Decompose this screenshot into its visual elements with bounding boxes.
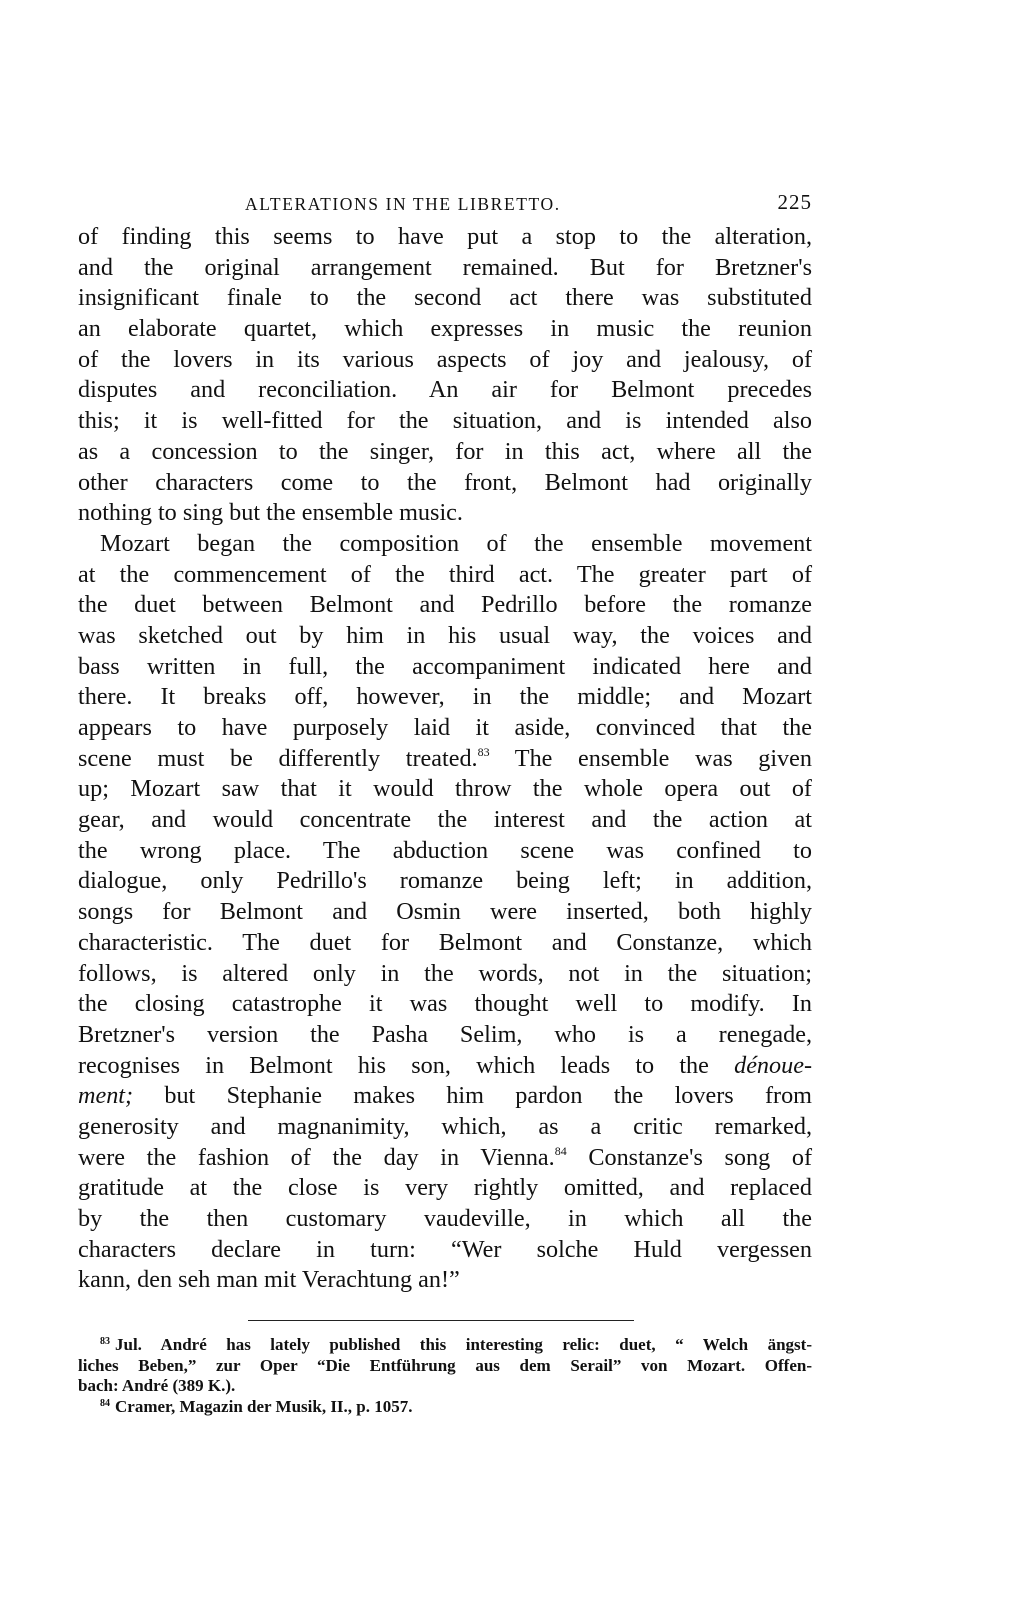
text-line: other characters come to the front, Belm… xyxy=(78,468,812,499)
text-line: the wrong place. The abduction scene was… xyxy=(78,836,812,867)
footnote-marker: 83 xyxy=(100,1336,110,1347)
text-line-with-italic: recognises in Belmont his son, which lea… xyxy=(78,1051,812,1082)
text-line: gear, and would concentrate the interest… xyxy=(78,805,812,836)
text-segment: Constanze's song of xyxy=(567,1144,812,1171)
text-line: by the then customary vaudeville, in whi… xyxy=(78,1204,812,1235)
body-text: of finding this seems to have put a stop… xyxy=(78,222,812,1296)
text-segment: The ensemble was given xyxy=(515,745,812,772)
footnote-divider xyxy=(248,1320,634,1321)
italic-term: dénoue- xyxy=(734,1052,812,1079)
running-head: ALTERATIONS IN THE LIBRETTO. 225 xyxy=(78,188,812,222)
text-line: up; Mozart saw that it would throw the w… xyxy=(78,774,812,805)
footnote-text: Cramer, Magazin der Musik, II., p. 1057. xyxy=(115,1397,413,1416)
footnote-84: 84Cramer, Magazin der Musik, II., p. 105… xyxy=(78,1397,812,1418)
footnote-marker: 84 xyxy=(100,1398,110,1409)
footnotes: 83Jul. André has lately published this i… xyxy=(78,1335,812,1417)
footnote-line: 84Cramer, Magazin der Musik, II., p. 105… xyxy=(78,1397,812,1418)
text-segment: but Stephanie makes him pardon the lover… xyxy=(133,1082,812,1109)
text-line: characters declare in turn: “Wer solche … xyxy=(78,1235,812,1266)
text-line-with-footnote: scene must be differently treated.83 The… xyxy=(78,744,812,775)
text-line: of the lovers in its various aspects of … xyxy=(78,345,812,376)
text-line: at the commencement of the third act. Th… xyxy=(78,560,812,591)
footnote-line: bach: André (389 K.). xyxy=(78,1376,812,1397)
text-line: this; it is well-fitted for the situatio… xyxy=(78,406,812,437)
text-line: characteristic. The duet for Belmont and… xyxy=(78,928,812,959)
footnote-83: 83Jul. André has lately published this i… xyxy=(78,1335,812,1397)
text-line: insignificant finale to the second act t… xyxy=(78,283,812,314)
text-line: songs for Belmont and Osmin were inserte… xyxy=(78,897,812,928)
text-line: follows, is altered only in the words, n… xyxy=(78,959,812,990)
text-segment: recognises in Belmont his son, which lea… xyxy=(78,1052,734,1079)
footnote-ref-84[interactable]: 84 xyxy=(555,1144,567,1158)
footnote-ref-83[interactable]: 83 xyxy=(478,745,490,759)
text-line: as a concession to the singer, for in th… xyxy=(78,437,812,468)
text-line: bass written in full, the accompaniment … xyxy=(78,652,812,683)
text-line: dialogue, only Pedrillo's romanze being … xyxy=(78,866,812,897)
text-line-with-italic: ment; but Stephanie makes him pardon the… xyxy=(78,1081,812,1112)
text-line: disputes and reconciliation. An air for … xyxy=(78,375,812,406)
text-line: nothing to sing but the ensemble music. xyxy=(78,498,812,529)
text-line: Bretzner's version the Pasha Selim, who … xyxy=(78,1020,812,1051)
text-line: and the original arrangement remained. B… xyxy=(78,253,812,284)
italic-term: ment; xyxy=(78,1082,133,1109)
text-line: the duet between Belmont and Pedrillo be… xyxy=(78,590,812,621)
text-line: the closing catastrophe it was thought w… xyxy=(78,989,812,1020)
text-line: gratitude at the close is very rightly o… xyxy=(78,1173,812,1204)
text-line-with-footnote: were the fashion of the day in Vienna.84… xyxy=(78,1143,812,1174)
text-line: kann, den seh man mit Verachtung an!” xyxy=(78,1265,812,1296)
text-line: there. It breaks off, however, in the mi… xyxy=(78,682,812,713)
running-title: ALTERATIONS IN THE LIBRETTO. xyxy=(245,194,561,215)
text-segment: were the fashion of the day in Vienna. xyxy=(78,1144,555,1171)
text-line: generosity and magnanimity, which, as a … xyxy=(78,1112,812,1143)
text-line: was sketched out by him in his usual way… xyxy=(78,621,812,652)
footnote-line: liches Beben,” zur Oper “Die Entführung … xyxy=(78,1356,812,1377)
text-segment: scene must be differently treated. xyxy=(78,745,478,772)
book-page: ALTERATIONS IN THE LIBRETTO. 225 of find… xyxy=(78,188,812,1417)
text-line: appears to have purposely laid it aside,… xyxy=(78,713,812,744)
text-line: of finding this seems to have put a stop… xyxy=(78,222,812,253)
page-number: 225 xyxy=(778,190,813,215)
footnote-line: 83Jul. André has lately published this i… xyxy=(78,1335,812,1356)
footnote-text: Jul. André has lately published this int… xyxy=(115,1335,812,1354)
text-line: an elaborate quartet, which expresses in… xyxy=(78,314,812,345)
paragraph-start-line: Mozart began the composition of the ense… xyxy=(78,529,812,560)
